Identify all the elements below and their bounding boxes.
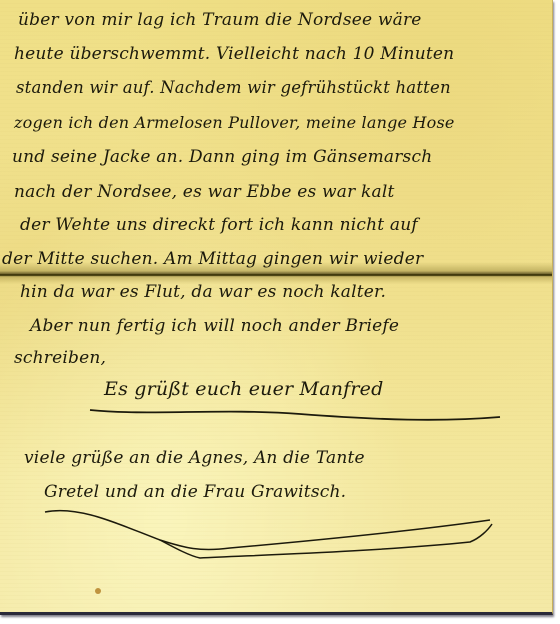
ink-stain	[95, 588, 101, 594]
letter-line: der Mitte suchen. Am Mittag gingen wir w…	[2, 249, 423, 269]
paper-fold-crease	[0, 274, 552, 276]
letter-line: und seine Jacke an. Dann ging im Gänsema…	[12, 147, 432, 167]
letter-line: heute überschwemmt. Vielleicht nach 10 M…	[14, 44, 454, 64]
letter-line: über von mir lag ich Traum die Nordsee w…	[18, 10, 422, 30]
letter-line: nach der Nordsee, es war Ebbe es war kal…	[14, 182, 395, 202]
signature: Es grüßt euch euer Manfred	[104, 378, 384, 400]
letter-line: zogen ich den Armelosen Pullover, meine …	[14, 113, 455, 132]
postscript-line: Gretel und an die Frau Grawitsch.	[44, 482, 346, 502]
letter-line: der Wehte uns direckt fort ich kann nich…	[20, 215, 418, 235]
letter-line: Aber nun fertig ich will noch ander Brie…	[30, 316, 399, 336]
letter-line: schreiben,	[14, 348, 106, 368]
postscript-line: viele grüße an die Agnes, An die Tante	[24, 448, 365, 468]
letter-line: hin da war es Flut, da war es noch kalte…	[20, 282, 386, 302]
letter-line: standen wir auf. Nachdem wir gefrühstück…	[16, 78, 451, 97]
